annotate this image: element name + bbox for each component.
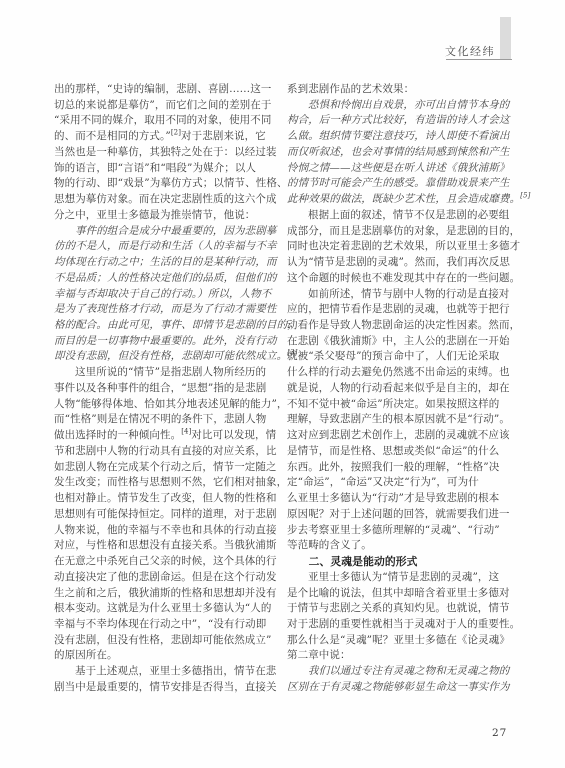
text-line: 根据上面的叙述，情节不仅是悲剧的必要组	[287, 208, 513, 224]
text-line: 动直接决定了他的悲剧命运。但是在这个行动发	[54, 570, 280, 586]
text-line: 是为了表现性格才行动，而是为了行动才需要性	[54, 302, 280, 318]
text-line: 成部分，而且是悲剧摹仿的对象，是悲剧的目的，	[287, 224, 513, 240]
text-line: 么亚里士多德认为“行动”才是导致悲剧的根本	[287, 491, 513, 507]
text-line: 那么什么是“灵魂”呢？亚里士多德在《论灵魂》	[287, 633, 513, 649]
text-line: 幸福与不幸均体现在行动之中”，“没有行动即	[54, 617, 280, 633]
text-line: 的、而不是相同的方式。”[2]对于悲剧来说，它	[54, 129, 280, 145]
text-line: 步去考察亚里士多德所理解的“灵魂”、“行动”	[287, 523, 513, 539]
text-line: 就被“杀父娶母”的预言命中了，人们无论采取	[287, 349, 513, 365]
text-line: 也相对静止。情节发生了改变，但人物的性格和	[54, 491, 280, 507]
text-line: 我们以通过专注有灵魂之物和无灵魂之物的	[287, 664, 513, 680]
text-line: 区别在于有灵魂之物能够彰显生命这一事实作为	[287, 680, 513, 696]
text-line: 在无意之中杀死自己父亲的时候，这个具体的行	[54, 554, 280, 570]
text-line: 亚里士多德认为“情节是悲剧的灵魂”，这	[287, 570, 513, 586]
text-line: 此种效果的做法，既缺少艺术性，且会造成靡费。[5]	[287, 192, 513, 208]
text-line: 出的那样，“史诗的编制，悲剧、喜剧……这一	[54, 82, 280, 98]
section-header-label: 文化经纬	[445, 43, 495, 59]
citation-ref: [2]	[171, 129, 181, 137]
text-line: 做出选择时的一种倾向性。[4]对比可以发现，情	[54, 428, 280, 444]
text-line: 理解，导致悲剧产生的根本原因就不是“行动”。	[287, 412, 513, 428]
text-line: 分之中，亚里士多德最为推崇情节，他说：	[54, 208, 280, 224]
text-line: 事件以及各种事件的组合，“思想”指的是悲剧	[54, 381, 280, 397]
right-text-column: 系到悲剧作品的艺术效果：恐惧和怜悯出自戏景，亦可出自情节本身的构合，后一种方式比…	[287, 82, 513, 696]
left-text-column: 出的那样，“史诗的编制，悲剧、喜剧……这一切总的来说都是摹仿”，而它们之间的差别…	[54, 82, 280, 696]
text-line: 对于悲剧的重要性就相当于灵魂对于人的重要性。	[287, 617, 513, 633]
text-line: 么做。组织情节要注意技巧，诗人即使不看演出	[287, 129, 513, 145]
text-line: 物的行动、即“戏景”为摹仿方式；以情节、性格、	[54, 176, 280, 192]
text-line: 如前所述，情节与剧中人物的行动是直接对	[287, 287, 513, 303]
text-line: 于情节与悲剧之关系的真知灼见。也就说，情节	[287, 601, 513, 617]
text-line: 而仅听叙述，也会对事情的结局感到悚然和产生	[287, 145, 513, 161]
text-line: 格的配合。由此可见，事件、即情节是悲剧的目的，	[54, 318, 280, 334]
text-line: 构合，后一种方式比较好，有造诣的诗人才会这	[287, 113, 513, 129]
text-line: 东西。此外，按照我们一般的理解，“性格”决	[287, 460, 513, 476]
text-line: 第二章中说：	[287, 648, 513, 664]
header-rule	[446, 59, 512, 60]
page-number: 27	[492, 727, 507, 739]
text-line: 不是品质；人的性格决定他们的品质，但他们的	[54, 271, 280, 287]
text-line: 对应，与性格和思想没有直接关系。当俄狄浦斯	[54, 538, 280, 554]
text-line: 定“命运”，“命运”又决定“行为”，可为什	[287, 475, 513, 491]
text-line: 的原因所在。	[54, 648, 280, 664]
text-line: 人物“能够得体地、恰如其分地表述见解的能力”，	[54, 397, 280, 413]
text-line: 的情节时可能会产生的感受。靠借助戏景来产生	[287, 176, 513, 192]
text-line: 如悲剧人物在完成某个行动之后，情节一定随之	[54, 460, 280, 476]
text-line: 根本变动。这就是为什么亚里士多德认为“人的	[54, 601, 280, 617]
text-line: 不知不觉中被“命运”所决定。如果按照这样的	[287, 397, 513, 413]
text-line: 是个比喻的说法，但其中却暗含着亚里士多德对	[287, 586, 513, 602]
text-line: 人物来说，他的幸福与不幸也和具体的行动直接	[54, 523, 280, 539]
text-line: 动看作是导致人物悲剧命运的决定性因素。然而，	[287, 318, 513, 334]
text-line: 基于上述观点，亚里士多德指出，情节在悲	[54, 664, 280, 680]
text-line: 剧当中是最重要的，情节安排是否得当，直接关	[54, 680, 280, 696]
text-line: 应的，把情节看作是悲剧的灵魂，也就等于把行	[287, 302, 513, 318]
text-line: 切总的来说都是摹仿”，而它们之间的差别在于	[54, 98, 280, 114]
text-line: 就是说，人物的行动看起来似乎是自主的，却在	[287, 381, 513, 397]
text-line: 等范畴的含义了。	[287, 538, 513, 554]
text-line: 这个命题的时候也不难发现其中存在的一些问题。	[287, 271, 513, 287]
text-line: 幸福与否却取决于自己的行动。）所以，人物不	[54, 287, 280, 303]
text-line: 饰的语言，即“言语”和“唱段”为媒介；以人	[54, 161, 280, 177]
text-line: “采用不同的媒介，取用不同的对象，使用不同	[54, 113, 280, 129]
text-line: 思想则有可能保持恒定。同样的道理，对于悲剧	[54, 507, 280, 523]
citation-ref: [4]	[181, 428, 191, 436]
text-line: 均体现在行动之中；生活的目的是某种行动，而	[54, 255, 280, 271]
text-line: 二、灵魂是能动的形式	[287, 554, 513, 570]
text-line: 事件的组合是成分中最重要的，因为悲剧摹	[54, 224, 280, 240]
text-line: 是情节，而是性格、思想或类似“命运”的什么	[287, 444, 513, 460]
text-line: 这对应到悲剧艺术创作上，悲剧的灵魂就不应该	[287, 428, 513, 444]
header-accent-bar	[500, 17, 511, 59]
text-line: 认为“情节是悲剧的灵魂”。然而，我们再次反思	[287, 255, 513, 271]
text-line: 在悲剧《俄狄浦斯》中，主人公的悲剧在一开始	[287, 334, 513, 350]
text-line: 当然也是一种摹仿，其独特之处在于：以经过装	[54, 145, 280, 161]
text-line: 而“性格”则是在情况不明的条件下，悲剧人物	[54, 412, 280, 428]
text-line: 系到悲剧作品的艺术效果：	[287, 82, 513, 98]
text-line: 没有悲剧，但没有性格，悲剧却可能依然成立”	[54, 633, 280, 649]
text-line: 发生改变；而性格与思想则不然，它们相对抽象，	[54, 475, 280, 491]
text-line: 这里所说的“情节”是指悲剧人物所经历的	[54, 365, 280, 381]
text-line: 生之前和之后，俄狄浦斯的性格和思想却并没有	[54, 586, 280, 602]
text-line: 节和悲剧中人物的行动具有直接的对应关系，比	[54, 444, 280, 460]
text-line: 思想为摹仿对象。而在决定悲剧性质的这六个成	[54, 192, 280, 208]
text-line: 恐惧和怜悯出自戏景，亦可出自情节本身的	[287, 98, 513, 114]
text-line: 怜悯之情——这些便是在听人讲述《俄狄浦斯》	[287, 161, 513, 177]
text-line: 什么样的行动去避免仍然逃不出命运的束缚。也	[287, 365, 513, 381]
text-line: 原因呢？对于上述问题的回答，就需要我们进一	[287, 507, 513, 523]
text-line: 仿的不是人，而是行动和生活（人的幸福与不幸	[54, 239, 280, 255]
text-line: 而目的是一切事物中最重要的。此外，没有行动	[54, 334, 280, 350]
journal-page: 文化经纬 出的那样，“史诗的编制，悲剧、喜剧……这一切总的来说都是摹仿”，而它们…	[0, 0, 565, 768]
text-line: 同时也决定着悲剧的艺术效果，所以亚里士多德才	[287, 239, 513, 255]
citation-ref: [5]	[520, 192, 530, 200]
text-line: 即没有悲剧，但没有性格，悲剧却可能依然成立。[3]	[54, 349, 280, 365]
